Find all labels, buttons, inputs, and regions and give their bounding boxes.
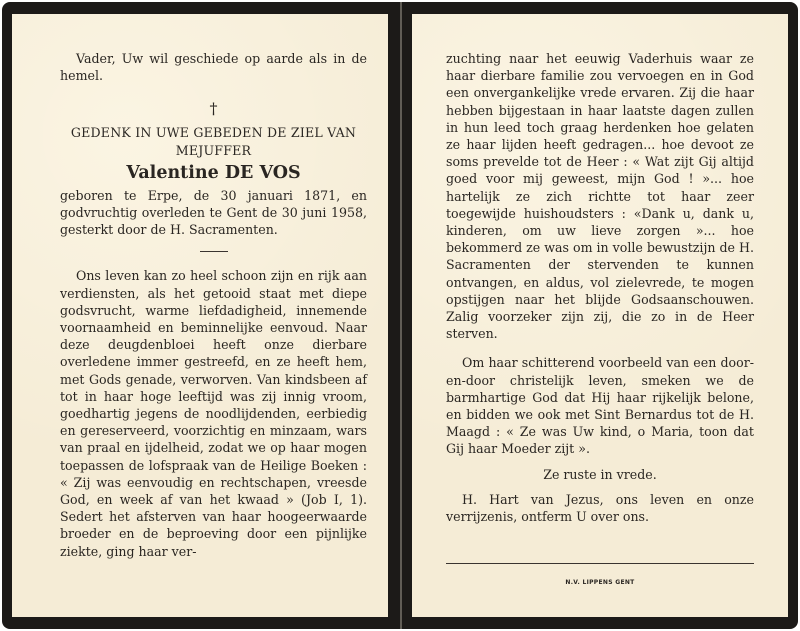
opening-prayer: Vader, Uw wil geschiede op aarde als in …	[60, 50, 367, 84]
deceased-name: Valentine DE VOS	[60, 161, 367, 185]
biography-text: Ons leven kan zo heel schoon zijn en rij…	[60, 267, 367, 559]
printer-rule	[446, 563, 754, 564]
honorific-title: MEJUFFER	[60, 142, 367, 159]
biography-continued: zuchting naar het eeuwig Vaderhuis waar …	[446, 50, 754, 342]
right-page: zuchting naar het eeuwig Vaderhuis waar …	[412, 14, 788, 617]
rest-in-peace: Ze ruste in vrede.	[446, 466, 754, 483]
supplication-text: Om haar schitterend voorbeeld van een do…	[446, 354, 754, 457]
left-page: Vader, Uw wil geschiede op aarde als in …	[12, 14, 388, 617]
center-fold	[400, 2, 402, 629]
divider	[200, 251, 228, 252]
memorial-card: Vader, Uw wil geschiede op aarde als in …	[2, 2, 798, 629]
birth-death-details: geboren te Erpe, de 30 januari 1871, en …	[60, 187, 367, 239]
memorial-heading: GEDENK IN UWE GEBEDEN DE ZIEL VAN	[60, 124, 367, 141]
printer-imprint: N.V. LIPPENS GENT	[446, 574, 754, 591]
cross-icon: †	[60, 100, 367, 118]
left-page-content: Vader, Uw wil geschiede op aarde als in …	[60, 50, 367, 560]
right-page-content: zuchting naar het eeuwig Vaderhuis waar …	[446, 50, 754, 525]
closing-prayer: H. Hart van Jezus, ons leven en onze ver…	[446, 491, 754, 525]
